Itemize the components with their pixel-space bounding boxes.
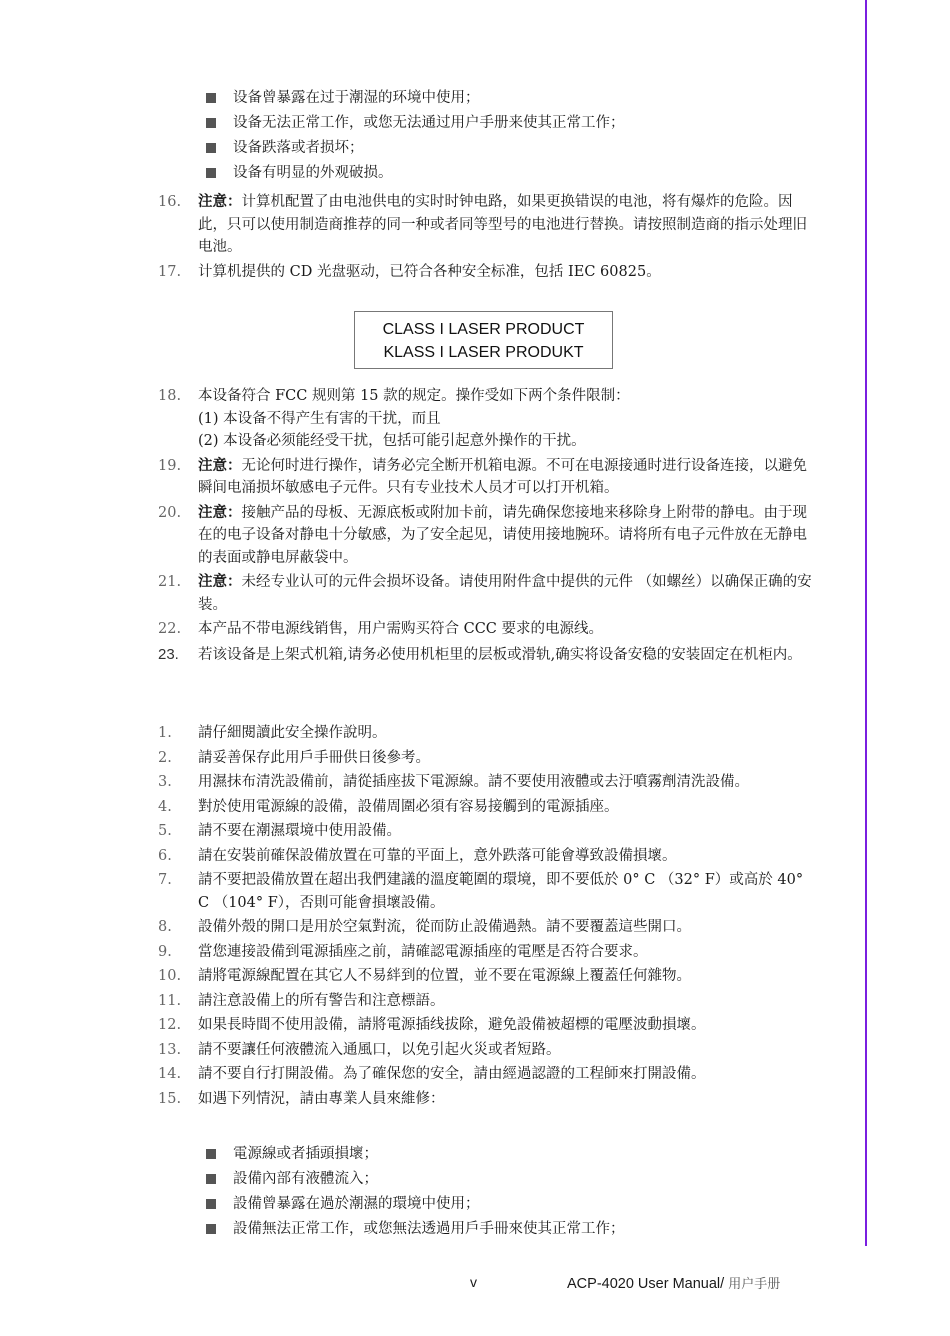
list-item: 電源線或者插頭損壞； (158, 1142, 818, 1167)
list-item: 设备曾暴露在过于潮湿的环境中使用； (158, 86, 818, 111)
list-item: 23. 若该设备是上架式机箱,请务必使用机柜里的层板或滑轨,确实将设备安稳的安装… (158, 643, 818, 667)
square-bullet-icon (206, 143, 216, 153)
footer-manual-title: ACP-4020 User Manual/ 用户手册 (567, 1273, 780, 1292)
page-number: v (470, 1274, 477, 1290)
list-item: 3.用濕抹布清洗設備前，請從插座拔下電源線。請不要使用液體或去汙噴霧劑清洗設備。 (158, 771, 818, 794)
list-item: 設備曾暴露在過於潮濕的環境中使用； (158, 1192, 818, 1217)
list-item: 18. 本设备符合 FCC 规则第 15 款的规定。操作受如下两个条件限制： (… (158, 385, 818, 453)
list-item: 2.請妥善保存此用戶手冊供日後參考。 (158, 747, 818, 770)
list-item: 设备跌落或者损坏； (158, 136, 818, 161)
list-item: 6.請在安裝前確保設備放置在可靠的平面上，意外跌落可能會導致設備損壞。 (158, 845, 818, 868)
list-item: 21. 注意：未经专业认可的元件会损坏设备。请使用附件盒中提供的元件 （如螺丝）… (158, 571, 818, 616)
numbered-list-simplified-b: 18. 本设备符合 FCC 规则第 15 款的规定。操作受如下两个条件限制： (… (158, 385, 818, 669)
caution-label: 注意： (198, 504, 242, 521)
list-item: 16. 注意：计算机配置了由电池供电的实时时钟电路，如果更换错误的电池，将有爆炸… (158, 191, 818, 259)
list-item: 14.請不要自行打開設備。為了確保您的安全，請由經過認證的工程師來打開設備。 (158, 1063, 818, 1086)
caution-label: 注意： (198, 457, 242, 474)
list-item: 4.對於使用電源線的設備，設備周圍必須有容易接觸到的電源插座。 (158, 796, 818, 819)
list-item: 20. 注意：接触产品的母板、无源底板或附加卡前，请先确保您接地来移除身上附带的… (158, 502, 818, 570)
caution-label: 注意： (198, 193, 242, 210)
list-item: 1.請仔細閱讀此安全操作說明。 (158, 722, 818, 745)
square-bullet-icon (206, 1174, 216, 1184)
list-item: 15.如遇下列情況，請由專業人員來維修： (158, 1088, 818, 1111)
list-item: 设备无法正常工作，或您无法通过用户手册来使其正常工作； (158, 111, 818, 136)
sub-item: (2) 本设备必须能经受干扰，包括可能引起意外操作的干扰。 (198, 430, 818, 453)
margin-accent-line (865, 0, 867, 1246)
square-bullet-icon (206, 168, 216, 178)
list-item: 7.請不要把設備放置在超出我們建議的溫度範圍的環境，即不要低於 0° C （32… (158, 869, 818, 914)
numbered-list-simplified-a: 16. 注意：计算机配置了由电池供电的实时时钟电路，如果更换错误的电池，将有爆炸… (158, 191, 818, 285)
list-item: 12.如果長時間不使用設備，請將電源插线拔除，避免設備被超標的電壓波動損壞。 (158, 1014, 818, 1037)
list-item: 22. 本产品不带电源线销售，用户需购买符合 CCC 要求的电源线。 (158, 618, 818, 641)
bullet-list-top: 设备曾暴露在过于潮湿的环境中使用； 设备无法正常工作，或您无法通过用户手册来使其… (158, 86, 818, 186)
caution-label: 注意： (198, 573, 242, 590)
list-item: 10.請將電源線配置在其它人不易絆到的位置，並不要在電源線上覆蓋任何雜物。 (158, 965, 818, 988)
laser-product-label: CLASS I LASER PRODUCT KLASS I LASER PROD… (354, 311, 613, 369)
square-bullet-icon (206, 1224, 216, 1234)
list-item: 17. 计算机提供的 CD 光盘驱动，已符合各种安全标准，包括 IEC 6082… (158, 261, 818, 284)
list-item: 設備內部有液體流入； (158, 1167, 818, 1192)
list-item: 8.設備外殼的開口是用於空氣對流，從而防止設備過熱。請不要覆蓋這些開口。 (158, 916, 818, 939)
list-item: 9.當您連接設備到電源插座之前，請確認電源插座的電壓是否符合要求。 (158, 941, 818, 964)
square-bullet-icon (206, 118, 216, 128)
numbered-list-traditional: 1.請仔細閱讀此安全操作說明。 2.請妥善保存此用戶手冊供日後參考。 3.用濕抹… (158, 722, 818, 1112)
square-bullet-icon (206, 93, 216, 103)
bullet-list-bottom: 電源線或者插頭損壞； 設備內部有液體流入； 設備曾暴露在過於潮濕的環境中使用； … (158, 1142, 818, 1242)
sub-item: (1) 本设备不得产生有害的干扰，而且 (198, 408, 818, 431)
list-item: 設備無法正常工作，或您無法透過用戶手冊來使其正常工作； (158, 1217, 818, 1242)
list-item: 19. 注意：无论何时进行操作，请务必完全断开机箱电源。不可在电源接通时进行设备… (158, 455, 818, 500)
list-item: 5.請不要在潮濕環境中使用設備。 (158, 820, 818, 843)
square-bullet-icon (206, 1199, 216, 1209)
list-item: 13.請不要讓任何液體流入通風口，以免引起火災或者短路。 (158, 1039, 818, 1062)
list-item: 设备有明显的外观破损。 (158, 161, 818, 186)
list-item: 11.請注意設備上的所有警告和注意標語。 (158, 990, 818, 1013)
square-bullet-icon (206, 1149, 216, 1159)
